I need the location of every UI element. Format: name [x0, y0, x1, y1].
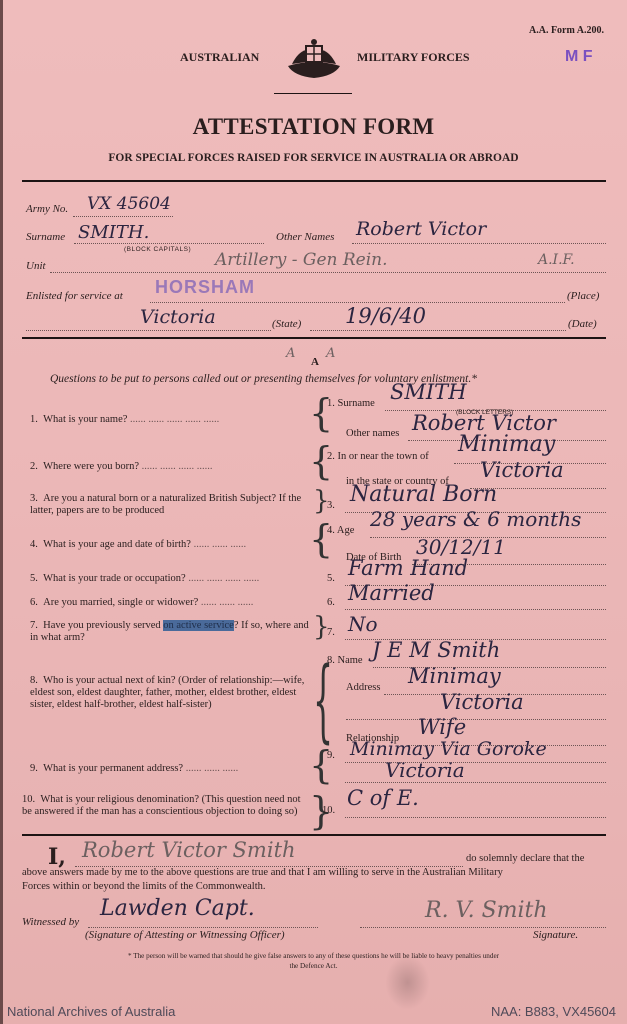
brace: {: [313, 656, 333, 746]
footnote-line-2: the Defence Act.: [0, 962, 627, 970]
question-text: Have you previously served: [43, 620, 163, 631]
date-field[interactable]: 19/6/40: [345, 304, 426, 328]
state-field[interactable]: Victoria: [140, 306, 216, 328]
birth-state-field[interactable]: Victoria: [480, 458, 564, 482]
relationship-field[interactable]: Wife: [418, 715, 466, 739]
enlisted-line: [150, 302, 565, 303]
answer-line: [345, 817, 606, 818]
divider-top: [22, 180, 606, 182]
unit-field[interactable]: Artillery - Gen Rein.: [215, 250, 388, 270]
question-number: 3.: [30, 493, 38, 504]
answer-label: 5.: [327, 573, 335, 584]
answer-line: [345, 782, 606, 783]
question-text: Are you a natural born or a naturalized …: [30, 493, 301, 516]
question-text: What is your trade or occupation?: [43, 573, 186, 584]
answer-line: [345, 609, 606, 610]
occupation-field[interactable]: Farm Hand: [348, 556, 468, 580]
surname-label: Surname: [26, 231, 65, 243]
surname-field[interactable]: SMITH.: [78, 222, 149, 243]
date-label: (Date): [568, 318, 597, 330]
highlighted-text: on active service: [163, 620, 234, 631]
question-text: Where were you born?: [43, 461, 139, 472]
divider-questions: [22, 834, 606, 836]
enlisted-label: Enlisted for service at: [26, 290, 123, 302]
question-5: 5. What is your trade or occupation? ...…: [30, 573, 259, 585]
answer-label: Address: [346, 682, 380, 693]
permanent-address-field[interactable]: Minimay Via Goroke: [350, 738, 547, 760]
nationality-field[interactable]: Natural Born: [350, 482, 497, 507]
next-of-kin-address-field[interactable]: Minimay: [408, 664, 501, 688]
page-subtitle: FOR SPECIAL FORCES RAISED FOR SERVICE IN…: [0, 152, 627, 164]
question-text: What is your permanent address?: [43, 763, 183, 774]
question-1: 1. What is your name? ...... ...... ....…: [30, 414, 219, 426]
birth-town-field[interactable]: Minimay: [458, 432, 555, 457]
question-number: 2.: [30, 461, 38, 472]
archive-reference: NAA: B883, VX45604: [491, 1004, 616, 1019]
question-8: 8. Who is your actual next of kin? (Orde…: [30, 675, 313, 711]
prior-service-field[interactable]: No: [348, 612, 378, 636]
unit-line: [50, 272, 606, 273]
annotation-mf: M F: [565, 48, 593, 66]
coat-of-arms-icon: [284, 36, 344, 82]
question-number: 6.: [30, 597, 38, 608]
question-10: 10. What is your religious denomination?…: [22, 794, 312, 818]
question-number: 9.: [30, 763, 38, 774]
question-text: What is your name?: [43, 414, 127, 425]
question-text: What is your age and date of birth?: [43, 539, 191, 550]
other-names-line: [352, 243, 606, 244]
witness-line: [88, 927, 318, 928]
declaration-text-2: above answers made by me to the above qu…: [22, 867, 606, 878]
question-number: 4.: [30, 539, 38, 550]
q1-surname-field[interactable]: SMITH: [390, 380, 467, 404]
answer-label: 1. Surname: [327, 398, 375, 409]
answer-label: 7.: [327, 627, 335, 638]
section-letter: A: [311, 356, 319, 368]
army-no-field[interactable]: VX 45604: [87, 194, 171, 214]
answer-label: 4. Age: [327, 525, 354, 536]
signature-caption: Signature.: [533, 929, 578, 941]
next-of-kin-name-field[interactable]: J E M Smith: [372, 638, 500, 662]
question-2: 2. Where were you born? ...... ...... ..…: [30, 461, 213, 473]
divider-details: [22, 337, 606, 339]
question-3: 3. Are you a natural born or a naturaliz…: [30, 493, 313, 517]
witness-signature-field[interactable]: Lawden Capt.: [100, 896, 255, 921]
marital-status-field[interactable]: Married: [348, 581, 435, 605]
signature-field[interactable]: R. V. Smith: [425, 898, 548, 923]
religion-field[interactable]: C of E.: [347, 786, 419, 810]
question-text: Are you married, single or widower?: [43, 597, 198, 608]
witnessed-by-label: Witnessed by: [22, 916, 79, 928]
answer-line: [346, 719, 606, 720]
answer-label: 8. Name: [327, 655, 363, 666]
signature-line: [360, 927, 606, 928]
pencil-mark-a2: A: [326, 346, 335, 361]
question-number: 7.: [30, 620, 38, 631]
question-number: 10.: [22, 794, 35, 805]
other-names-field[interactable]: Robert Victor: [356, 218, 486, 240]
answer-label: 3.: [327, 500, 335, 511]
age-field[interactable]: 28 years & 6 months: [370, 507, 581, 531]
answer-label: 9.: [327, 750, 335, 761]
horsham-stamp: HORSHAM: [155, 277, 255, 298]
question-6: 6. Are you married, single or widower? .…: [30, 597, 253, 609]
footnote-line-1: * The person will be warned that should …: [0, 952, 627, 960]
next-of-kin-address-line2[interactable]: Victoria: [440, 690, 524, 714]
question-4: 4. What is your age and date of birth? .…: [30, 539, 246, 551]
answer-label: 2. In or near the town of: [327, 451, 429, 462]
block-capitals-note: (BLOCK CAPITALS): [124, 246, 191, 253]
declaration-text-1: do solemnly declare that the: [466, 853, 584, 864]
question-7: 7. Have you previously served on active …: [30, 620, 313, 644]
pencil-mark-a1: A: [286, 346, 295, 361]
header-left-title: AUSTRALIAN: [180, 50, 259, 65]
question-number: 5.: [30, 573, 38, 584]
witness-caption: (Signature of Attesting or Witnessing Of…: [85, 929, 285, 941]
header-divider: [274, 93, 352, 94]
state-label: (State): [272, 318, 301, 330]
unit-suffix: A.I.F.: [538, 252, 575, 268]
answer-label: Other names: [346, 428, 399, 439]
state-line: [26, 330, 271, 331]
archive-name: National Archives of Australia: [7, 1004, 175, 1019]
attestation-form-page: A.A. Form A.200. M F AUSTRALIAN MILITARY…: [0, 0, 627, 1024]
surname-line: [74, 243, 264, 244]
declaration-text-3: Forces within or beyond the limits of th…: [22, 881, 266, 892]
declaration-name-field[interactable]: Robert Victor Smith: [82, 838, 296, 862]
army-no-label: Army No.: [26, 203, 68, 215]
question-number: 1.: [30, 414, 38, 425]
form-code: A.A. Form A.200.: [529, 25, 604, 36]
place-label: (Place): [567, 290, 599, 302]
answer-label: 10.: [322, 805, 335, 816]
unit-label: Unit: [26, 260, 46, 272]
header-right-title: MILITARY FORCES: [357, 50, 470, 65]
question-text: What is your religious denomination? (Th…: [22, 794, 301, 817]
question-text: Who is your actual next of kin? (Order o…: [30, 675, 304, 710]
army-no-line: [73, 216, 173, 217]
page-title: ATTESTATION FORM: [0, 114, 627, 140]
question-number: 8.: [30, 675, 38, 686]
date-line: [310, 330, 566, 331]
permanent-address-line2[interactable]: Victoria: [385, 758, 465, 782]
question-9: 9. What is your permanent address? .....…: [30, 763, 238, 775]
answer-label: 6.: [327, 597, 335, 608]
other-names-label: Other Names: [276, 231, 334, 243]
